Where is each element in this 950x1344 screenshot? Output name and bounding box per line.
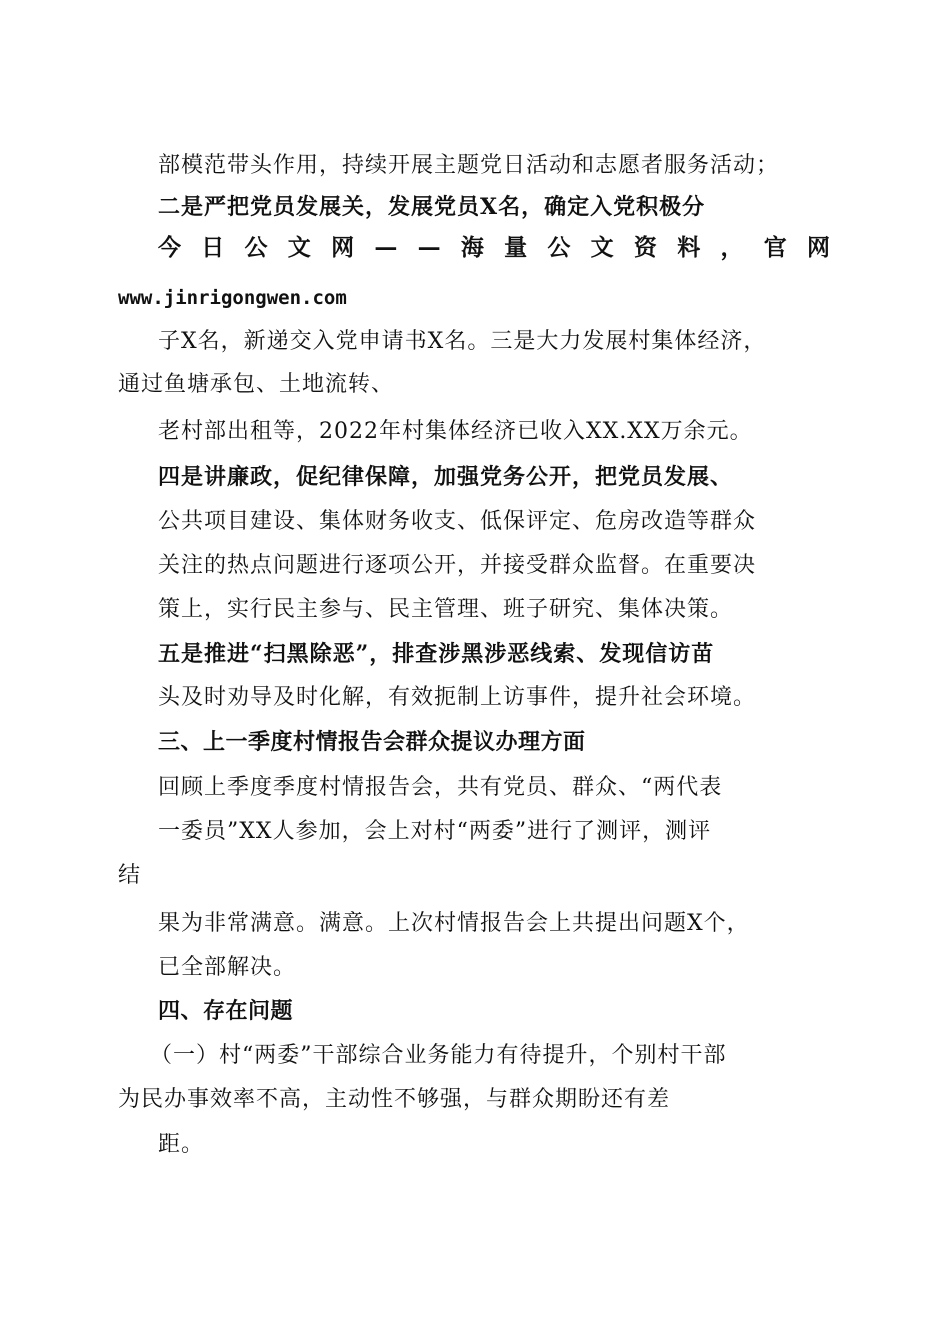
watermark-char: 量 (504, 234, 527, 262)
paragraph-line: 部模范带头作用，持续开展主题党日活动和志愿者服务活动； (158, 152, 779, 180)
paragraph-line: 已全部解决。 (158, 954, 296, 982)
watermark-char: 公 (547, 234, 570, 262)
watermark-char: 资 (634, 234, 657, 262)
document-page: 部模范带头作用，持续开展主题党日活动和志愿者服务活动； 二是严把党员发展关，发展… (0, 0, 950, 1344)
paragraph-line-point-two: 二是严把党员发展关，发展党员X名，确定入党积极分 (158, 193, 705, 221)
paragraph-line-point-five: 五是推进“扫黑除恶”，排查涉黑涉恶线索、发现信访苗 (158, 640, 714, 668)
paragraph-line: 老村部出租等，2022年村集体经济已收入XX.XX万余元。 (158, 418, 753, 446)
watermark-char: ， (720, 234, 743, 262)
watermark-char: 海 (461, 234, 484, 262)
paragraph-line: 结 (118, 862, 141, 890)
paragraph-line: 为民办事效率不高，主动性不够强，与群众期盼还有差 (118, 1086, 670, 1114)
watermark-char: 文 (591, 234, 614, 262)
watermark-char: — (418, 234, 441, 262)
paragraph-line: 头及时劝导及时化解，有效扼制上访事件，提升社会环境。 (158, 684, 756, 712)
watermark-char: 料 (677, 234, 700, 262)
section-heading-3: 三、上一季度村情报告会群众提议办理方面 (158, 729, 586, 757)
watermark-char: 官 (764, 234, 787, 262)
watermark-char: 文 (288, 234, 311, 262)
paragraph-line: 公共项目建设、集体财务收支、低保评定、危房改造等群众 (158, 508, 756, 536)
watermark-char: — (374, 234, 397, 262)
paragraph-line: 通过鱼塘承包、土地流转、 (118, 371, 394, 399)
watermark-char: 网 (331, 234, 354, 262)
paragraph-line: 子X名，新递交入党申请书X名。三是大力发展村集体经济， (158, 328, 766, 356)
paragraph-line: 关注的热点问题进行逐项公开，并接受群众监督。在重要决 (158, 552, 756, 580)
watermark-banner: 今 日 公 文 网 — — 海 量 公 文 资 料 ， 官 网 (158, 234, 830, 262)
paragraph-line: （一）村“两委”干部综合业务能力有待提升，个别村干部 (150, 1042, 727, 1070)
watermark-char: 日 (201, 234, 224, 262)
watermark-url: www.jinrigongwen.com (118, 284, 347, 312)
paragraph-line: 距。 (158, 1131, 204, 1159)
paragraph-line: 果为非常满意。满意。上次村情报告会上共提出问题X个， (158, 910, 750, 938)
watermark-char: 网 (807, 234, 830, 262)
watermark-char: 公 (245, 234, 268, 262)
paragraph-line: 一委员”XX人参加，会上对村“两委”进行了测评，测评 (158, 818, 711, 846)
watermark-char: 今 (158, 234, 181, 262)
paragraph-line-point-four: 四是讲廉政，促纪律保障，加强党务公开，把党员发展、 (158, 463, 733, 491)
paragraph-line: 回顾上季度季度村情报告会，共有党员、群众、“两代表 (158, 774, 722, 802)
paragraph-line: 策上，实行民主参与、民主管理、班子研究、集体决策。 (158, 596, 733, 624)
section-heading-4: 四、存在问题 (158, 998, 293, 1026)
